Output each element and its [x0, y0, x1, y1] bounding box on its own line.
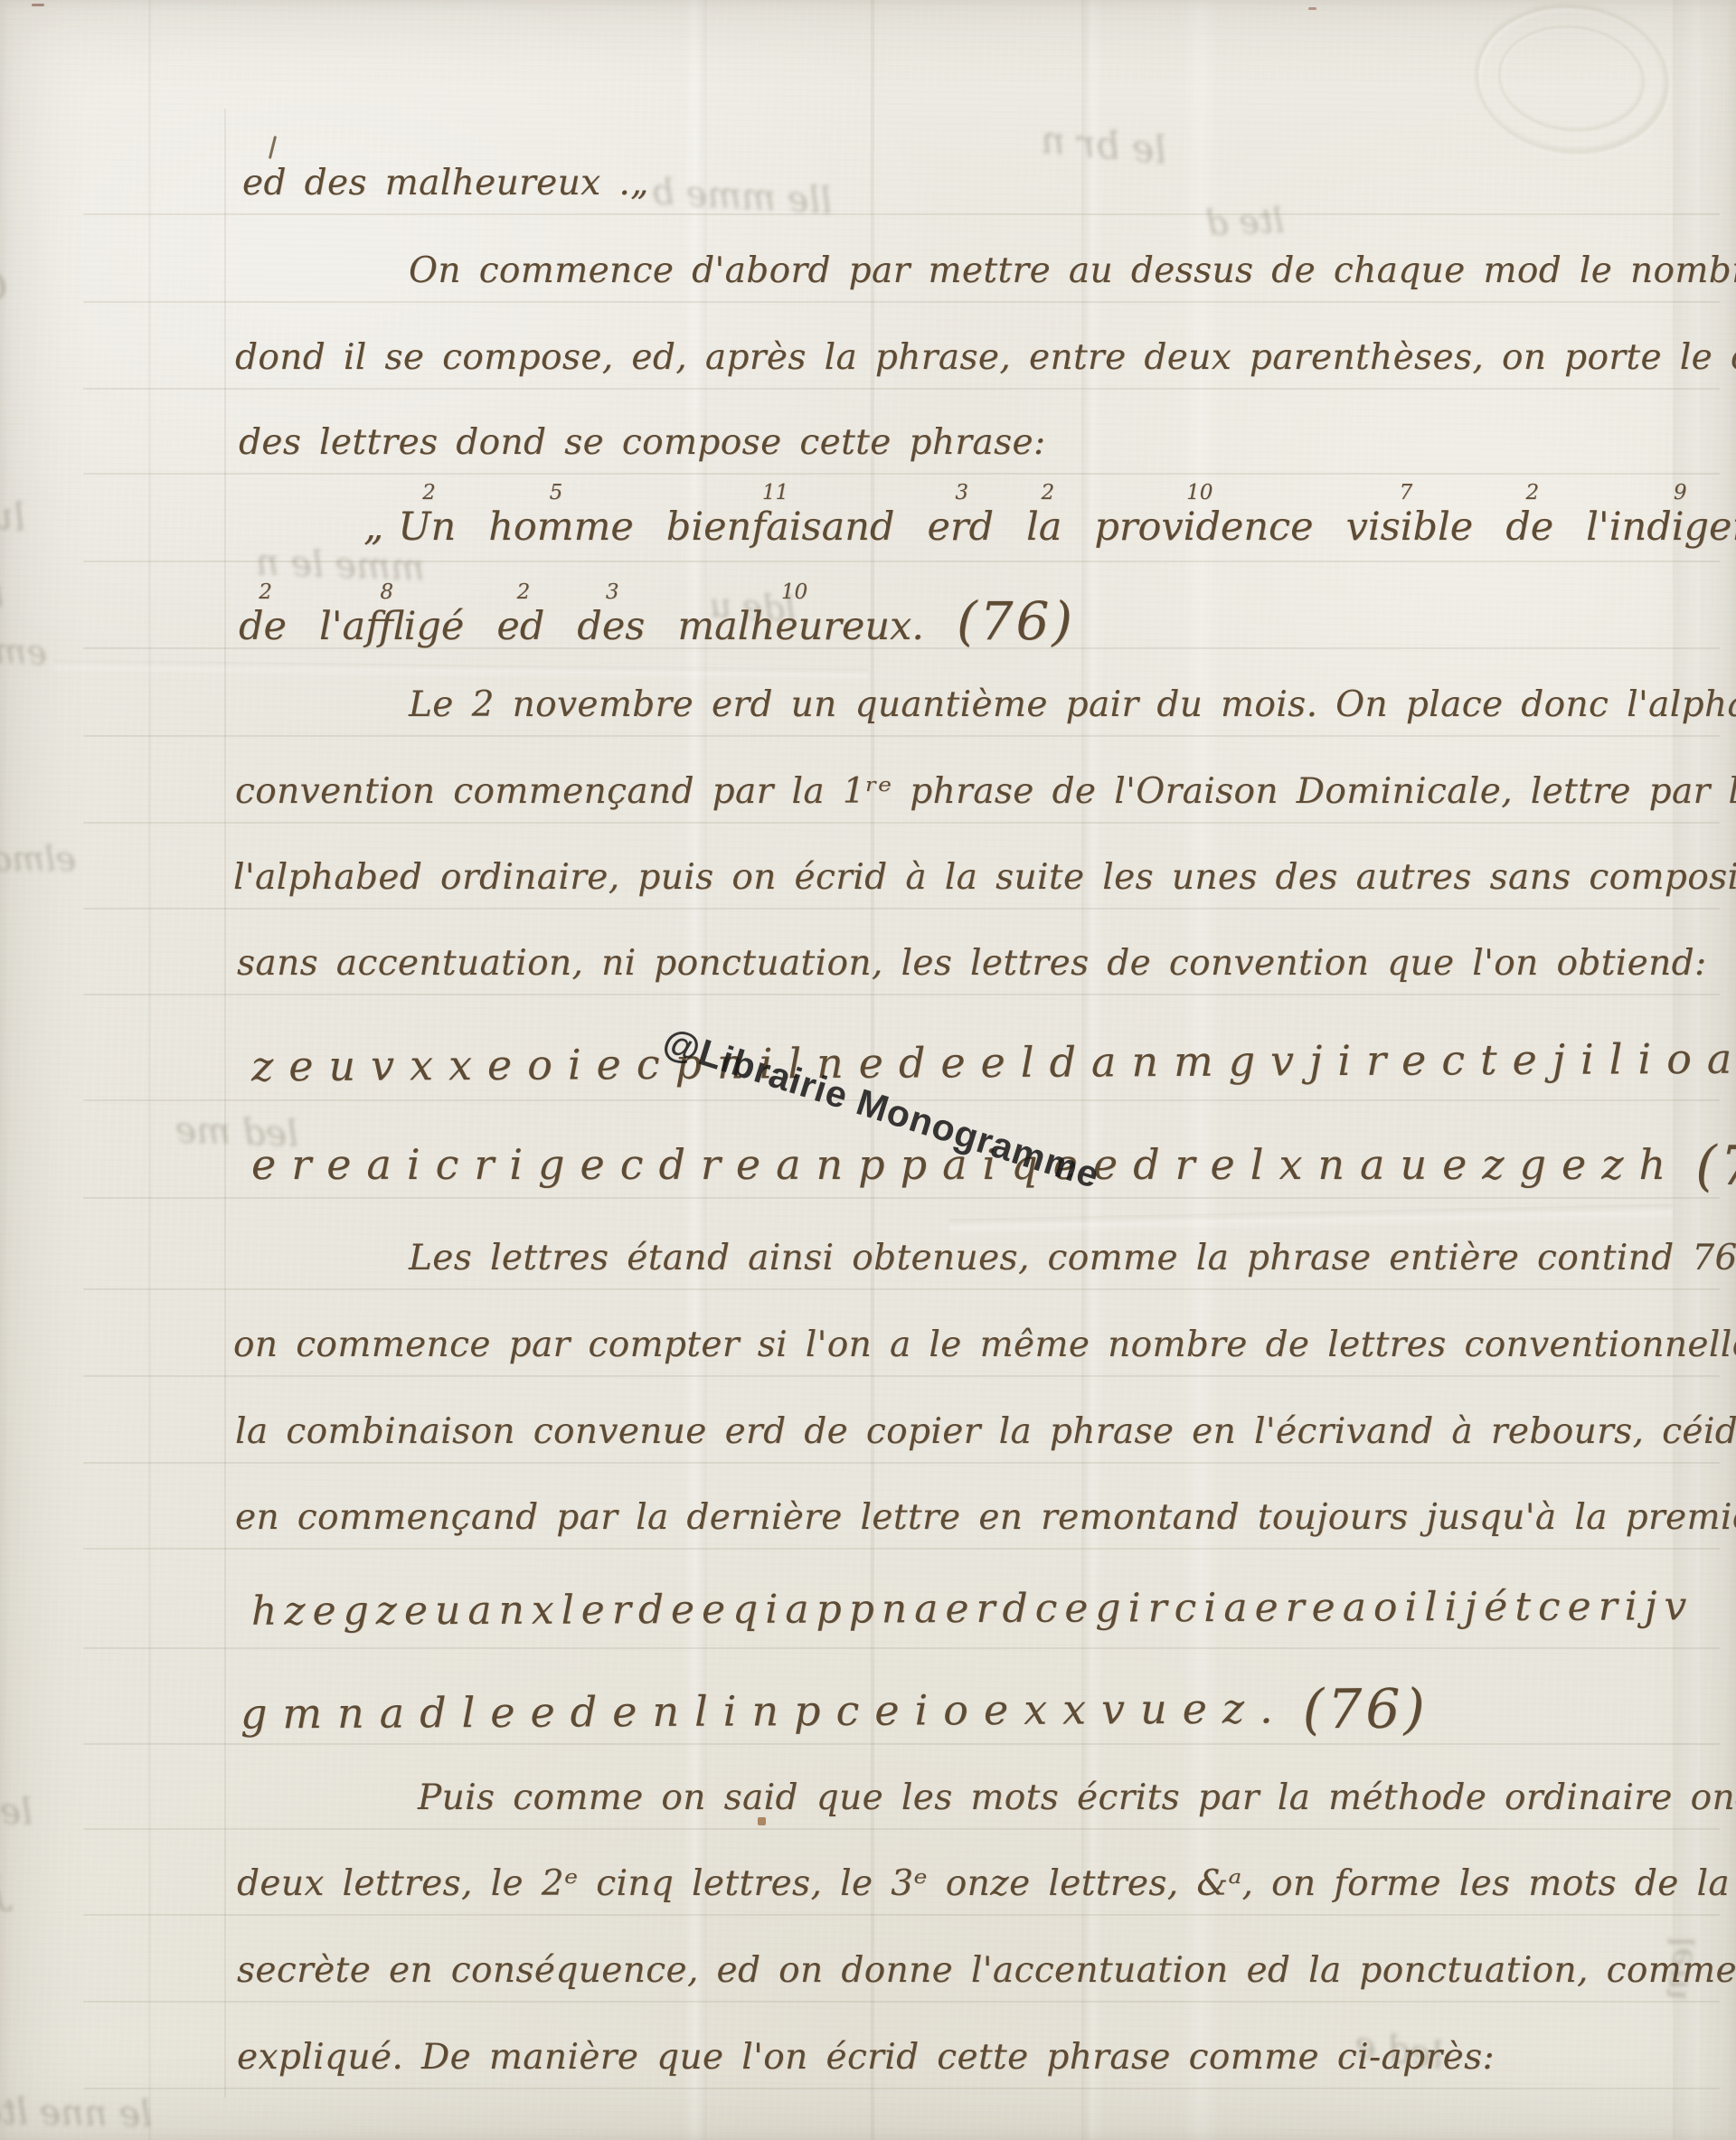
- manuscript-line: deux lettres, le 2ᵉ cinq lettres, le 3ᵉ …: [237, 1866, 1736, 1901]
- letter-count-superscript: 2: [1525, 483, 1539, 504]
- quoted-word: „: [363, 508, 383, 547]
- ruled-guide-line: [83, 1462, 1720, 1464]
- word-text: l'affligé: [319, 604, 464, 649]
- word-text: de: [239, 604, 287, 649]
- ruled-guide-line: [83, 2001, 1720, 2003]
- ruled-guide-line: [83, 301, 1720, 303]
- ruled-guide-line: [83, 735, 1720, 737]
- ruled-guide-line: [83, 994, 1720, 995]
- embossed-seal: [1468, 0, 1676, 164]
- ruled-guide-line: [83, 1743, 1720, 1745]
- letter-count-superscript: 11: [762, 483, 788, 504]
- quoted-word: homme5: [488, 508, 634, 547]
- ruled-guide-line: [83, 1647, 1720, 1649]
- letter-count-superscript: 2: [517, 582, 531, 603]
- cipher-text: gmnadleedenlinpceioexxvuez.: [241, 1683, 1288, 1738]
- manuscript-line: convention commençand par la 1ʳᵉ phrase …: [235, 774, 1736, 809]
- manuscript-line: des lettres dond se compose cette phrase…: [239, 425, 1046, 460]
- ruled-guide-line: [83, 1914, 1720, 1916]
- bleedthrough-snippet: (son e: [0, 1274, 2, 1328]
- letter-count-superscript: 3: [955, 483, 968, 504]
- ruled-guide-line: [83, 1288, 1720, 1290]
- bleedthrough-snippet: lun ler: [0, 486, 27, 540]
- manuscript-line: Le 2 novembre erd un quantième pair du m…: [409, 687, 1736, 722]
- letter-count-total: (76): [957, 595, 1075, 647]
- manuscript-line: la combinaison convenue erd de copier la…: [235, 1414, 1736, 1449]
- manuscript-line: dond il se compose, ed, après la phrase,…: [235, 340, 1736, 375]
- bleedthrough-snippet: lte d: [1205, 201, 1285, 243]
- embossed-seal-inner-ring: [1493, 19, 1649, 138]
- quoted-word: ed2: [496, 608, 544, 646]
- quoted-word: l'affligé8: [319, 608, 464, 646]
- ruled-guide-line: [83, 561, 1720, 562]
- quoted-word: la2: [1026, 508, 1061, 547]
- letter-count-superscript: 3: [606, 582, 619, 603]
- quoted-word: l'indigend,9: [1586, 508, 1736, 547]
- fold-crease: [148, 0, 151, 2140]
- letter-count-superscript: 7: [1400, 483, 1413, 504]
- word-text: des: [577, 604, 645, 649]
- manuscript-page: lle mme ble br nlte dCe mlun lertede lem…: [0, 0, 1736, 2140]
- quoted-word: providence10: [1094, 508, 1313, 547]
- word-text: la: [1026, 504, 1061, 550]
- bleedthrough-snippet: len nd: [0, 764, 1, 815]
- margin-rule: [224, 108, 226, 2098]
- letter-count-total: (76): [1303, 1678, 1429, 1742]
- ruled-guide-line: [83, 822, 1720, 824]
- ruled-guide-line: [83, 388, 1720, 390]
- quoted-word: de2: [1505, 508, 1553, 547]
- ruled-guide-line: [83, 1548, 1720, 1550]
- quoted-word: malheureux.10: [677, 608, 924, 646]
- word-text: providence: [1094, 504, 1313, 550]
- wrinkle: [949, 1204, 1673, 1236]
- quoted-word: bienfaisand11: [666, 508, 895, 547]
- bleedthrough-snippet: lemn u: [0, 1787, 33, 1834]
- ruled-guide-line: [83, 2088, 1720, 2089]
- letter-count-total: (76): [1695, 1135, 1736, 1198]
- word-text: visible: [1346, 504, 1474, 550]
- manuscript-line: en commençand par la dernière lettre en …: [235, 1500, 1736, 1535]
- letter-count-superscript: 2: [259, 582, 272, 603]
- ruled-guide-line: [83, 908, 1720, 910]
- word-text: (76): [957, 590, 1075, 652]
- manuscript-line: zeuvxxeoiecpnilnedeeldanmgvjirectejilioa: [251, 1038, 1736, 1088]
- bleedthrough-snippet: elmo: [0, 839, 76, 879]
- manuscript-line: Les lettres étand ainsi obtenues, comme …: [409, 1240, 1736, 1276]
- bleedthrough-snippet: Ce m: [0, 260, 8, 310]
- manuscript-line: sans accentuation, ni ponctuation, les l…: [237, 946, 1707, 981]
- ruled-guide-line: [83, 213, 1720, 215]
- ruled-guide-line: [83, 1375, 1720, 1377]
- bleedthrough-snippet: em s: [0, 630, 48, 673]
- letter-count-superscript: 10: [1186, 483, 1212, 504]
- cipher-text: hzegzeuanxlerdeeqiappnaerdcegirciaereaoi…: [251, 1583, 1694, 1635]
- word-text: erd: [927, 504, 994, 550]
- word-text: „: [363, 504, 383, 550]
- letter-count-superscript: 8: [380, 582, 393, 603]
- ruled-guide-line: [83, 1828, 1720, 1830]
- word-text: bienfaisand: [666, 504, 895, 550]
- manuscript-line: On commence d'abord par mettre au dessus…: [409, 253, 1736, 288]
- word-text: homme: [488, 504, 634, 550]
- quoted-word: Un2: [398, 508, 456, 547]
- manuscript-line: ed des malheureux .„: [242, 165, 649, 201]
- manuscript-line: secrète en conséquence, ed on donne l'ac…: [237, 1953, 1736, 1988]
- quoted-word: erd3: [927, 508, 994, 547]
- bleedthrough-snippet: Je m: [0, 1868, 6, 1915]
- manuscript-line: l'alphabed ordinaire, puis on écrid à la…: [233, 860, 1736, 895]
- manuscript-line: de2l'affligé8ed2des3malheureux.10(76): [239, 595, 1108, 647]
- quoted-word: des3: [577, 608, 645, 646]
- word-text: Un: [398, 504, 456, 550]
- ruled-guide-line: [83, 1197, 1720, 1199]
- letter-count-superscript: 2: [422, 483, 436, 504]
- bleedthrough-snippet: le nne lted: [0, 2090, 152, 2135]
- manuscript-line: gmnadleedenlinpceioexxvuez.(76): [241, 1683, 1429, 1743]
- letter-count-superscript: 5: [550, 483, 563, 504]
- word-text: ed: [496, 604, 544, 649]
- ink-speck: [758, 1817, 766, 1825]
- bleedthrough-snippet: tede l: [0, 573, 5, 620]
- word-text: de: [1505, 504, 1553, 550]
- letter-count-superscript: 2: [1042, 483, 1055, 504]
- manuscript-line: hzegzeuanxlerdeeqiappnaerdcegirciaereaoi…: [251, 1587, 1694, 1632]
- quoted-word: de2: [239, 608, 287, 646]
- ink-speck: [1308, 7, 1316, 10]
- manuscript-line: Puis comme on said que les mots écrits p…: [418, 1780, 1736, 1815]
- word-text: l'indigend,: [1586, 504, 1736, 550]
- letter-count-superscript: 10: [781, 582, 807, 603]
- cipher-text: zeuvxxeoiecpnilnedeeldanmgvjirectejilioa: [251, 1034, 1736, 1091]
- letter-count-superscript: 9: [1674, 483, 1687, 504]
- ink-speck: [32, 4, 44, 6]
- manuscript-line: „Un2homme5bienfaisand11erd3la2providence…: [363, 508, 1736, 547]
- manuscript-line: expliqué. De manière que l'on écrid cett…: [237, 2040, 1495, 2075]
- bleedthrough-snippet: le br n: [1039, 118, 1168, 173]
- manuscript-line: on commence par compter si l'on a le mêm…: [233, 1327, 1736, 1362]
- ruled-guide-line: [83, 473, 1720, 475]
- ink-speck: [269, 136, 277, 159]
- wrinkle: [54, 660, 868, 681]
- word-text: malheureux.: [677, 604, 924, 649]
- quoted-word: visible7: [1346, 508, 1474, 547]
